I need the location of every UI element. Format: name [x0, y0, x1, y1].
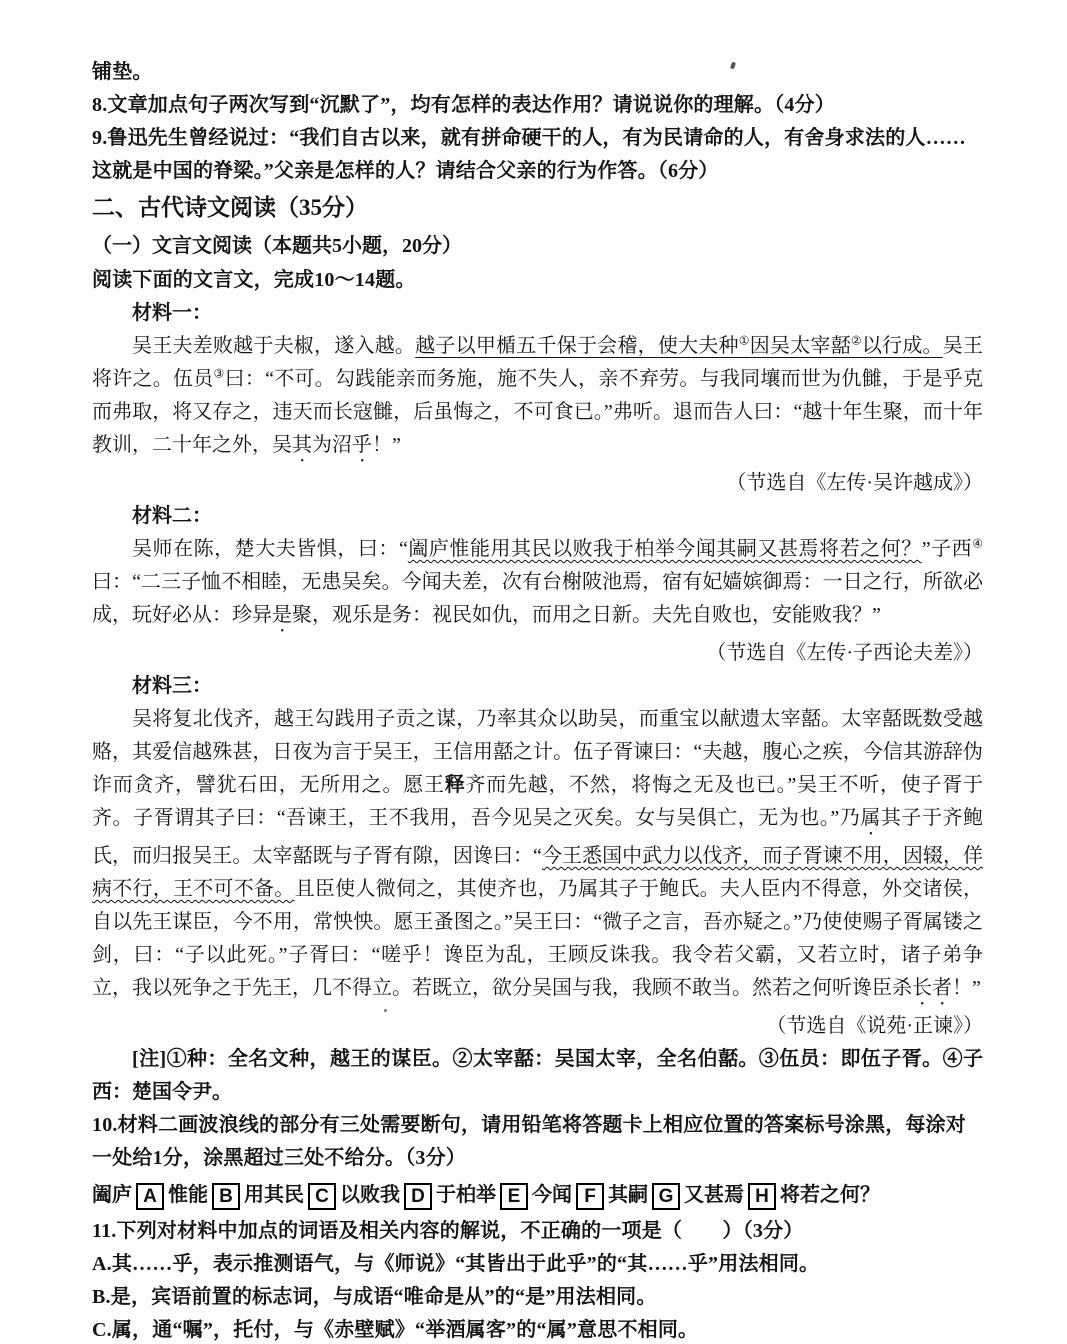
- footnote-ref-1: ①: [739, 333, 750, 347]
- subsection-title: （一）文言文阅读（本题共5小题，20分）: [92, 228, 983, 264]
- scan-speck-small: [384, 1009, 387, 1012]
- answer-box-G[interactable]: G: [652, 1183, 680, 1210]
- m3-bold-shi: 释: [445, 774, 466, 796]
- answer-box-C[interactable]: C: [308, 1183, 336, 1210]
- material-1-label: 材料一：: [92, 297, 983, 330]
- seg-text: 惟能: [168, 1184, 208, 1206]
- reading-instruction: 阅读下面的文言文，完成10～14题。: [92, 264, 983, 297]
- material-3-text: 吴将复北伐齐，越王勾践用子贡之谋，乃率其众以助吴，而重宝以献遗太宰嚭。太宰嚭既数…: [92, 703, 983, 1010]
- m1-run: 为沼: [312, 434, 352, 456]
- m2-run: 吴师在陈，楚大夫皆惧，曰：“: [132, 538, 408, 560]
- answer-box-H[interactable]: H: [748, 1183, 776, 1210]
- m2-wavy-passage: 阖庐惟能用其民以败我于柏举今闻其嗣又甚焉将若之何？: [408, 538, 922, 560]
- m3-dotted-zhangzhe: 长者: [912, 977, 952, 999]
- material-3-label: 材料三：: [92, 670, 983, 703]
- material-1-text: 吴王夫差败越于夫椒，遂入越。越子以甲楯五千保于会稽，使大夫种①因吴太宰嚭②以行成…: [92, 330, 983, 467]
- seg-text: 又甚焉: [684, 1184, 744, 1206]
- answer-box-D[interactable]: D: [404, 1183, 432, 1210]
- m1-run: 越子以甲楯五千保于会稽，使大夫种: [415, 335, 739, 357]
- question-8: 8.文章加点句子两次写到“沉默了”，均有怎样的表达作用？请说说你的理解。（4分）: [92, 89, 983, 122]
- seg-text: 于柏举: [436, 1184, 496, 1206]
- question-11-option-b: B.是，宾语前置的标志词，与成语“唯命是从”的“是”用法相同。: [92, 1281, 983, 1314]
- section-title: 二、古代诗文阅读（35分）: [92, 188, 983, 228]
- material-2-source: （节选自《左传·子西论夫差》）: [92, 637, 983, 670]
- m1-run: 吴王夫差败越于夫椒，遂入越。: [132, 335, 415, 357]
- m1-run: 因吴太宰嚭: [750, 335, 851, 357]
- question-11: 11.下列对材料中加点的词语及相关内容的解说，不正确的一项是（ ）（3分）: [92, 1215, 983, 1248]
- m1-run: ！”: [372, 434, 401, 456]
- seg-text: 其嗣: [608, 1184, 648, 1206]
- footnotes: [注]①种：全名文种，越王的谋臣。②太宰嚭：吴国太宰，全名伯嚭。③伍员：即伍子胥…: [92, 1043, 983, 1109]
- seg-text: 将若之何？: [780, 1184, 880, 1206]
- answer-box-E[interactable]: E: [500, 1183, 528, 1210]
- m1-dotted-qi: 其: [292, 434, 312, 456]
- seg-text: 以败我: [340, 1184, 400, 1206]
- m3-dotted-zhu: 属: [860, 807, 881, 829]
- m1-run: 曰：“不可。勾践能亲而务施，施不失人，亲不弃劳。与我同壤而世为仇雠，于是乎克而弗…: [92, 368, 983, 456]
- question-11-option-a: A.其……乎，表示推测语气，与《师说》“其皆出于此乎”的“其……乎”用法相同。: [92, 1248, 983, 1281]
- seg-text: 阖庐: [92, 1184, 132, 1206]
- material-2-label: 材料二：: [92, 500, 983, 533]
- m2-run: 聚，观乐是务：视民如仇，而用之日新。夫先自败也，安能败我？”: [292, 604, 881, 626]
- footnote-ref-3: ③: [214, 366, 225, 380]
- m3-run: ！”: [952, 977, 981, 999]
- question-10: 10.材料二画波浪线的部分有三处需要断句，请用铅笔将答题卡上相应位置的答案标号涂…: [92, 1109, 983, 1175]
- material-2-text: 吴师在陈，楚大夫皆惧，曰：“阖庐惟能用其民以败我于柏举今闻其嗣又甚焉将若之何？”…: [92, 533, 983, 637]
- m2-dotted-shi: 是: [272, 604, 292, 626]
- m1-dotted-hu: 乎: [352, 434, 372, 456]
- m2-run: ”子西: [922, 538, 972, 560]
- exam-page: 铺垫。 8.文章加点句子两次写到“沉默了”，均有怎样的表达作用？请说说你的理解。…: [0, 0, 1067, 1344]
- answer-box-A[interactable]: A: [136, 1183, 164, 1210]
- answer-box-F[interactable]: F: [576, 1183, 604, 1210]
- material-3-source: （节选自《说苑·正谏》）: [92, 1010, 983, 1043]
- footnote-ref-4: ④: [972, 536, 983, 550]
- question-10-segmentation: 阖庐A惟能B用其民C以败我D于柏举E今闻F其嗣G又甚焉H将若之何？: [92, 1175, 983, 1215]
- answer-box-B[interactable]: B: [212, 1183, 240, 1210]
- m1-run: 以行成。: [862, 335, 943, 357]
- page-content: 铺垫。 8.文章加点句子两次写到“沉默了”，均有怎样的表达作用？请说说你的理解。…: [0, 0, 1067, 1344]
- material-1-source: （节选自《左传·吴许越成》）: [92, 467, 983, 500]
- m1-underlined-passage: 越子以甲楯五千保于会稽，使大夫种①因吴太宰嚭②以行成。: [415, 335, 943, 357]
- seg-text: 用其民: [244, 1184, 304, 1206]
- footnote-ref-2: ②: [851, 333, 862, 347]
- seg-text: 今闻: [532, 1184, 572, 1206]
- question-9: 9.鲁迅先生曾经说过：“我们自古以来，就有拼命硬干的人，有为民请命的人，有舍身求…: [92, 122, 983, 188]
- carryover-line: 铺垫。: [92, 56, 983, 89]
- question-11-option-c: C.属，通“嘱”，托付，与《赤壁赋》“举酒属客”的“属”意思不相同。: [92, 1314, 983, 1344]
